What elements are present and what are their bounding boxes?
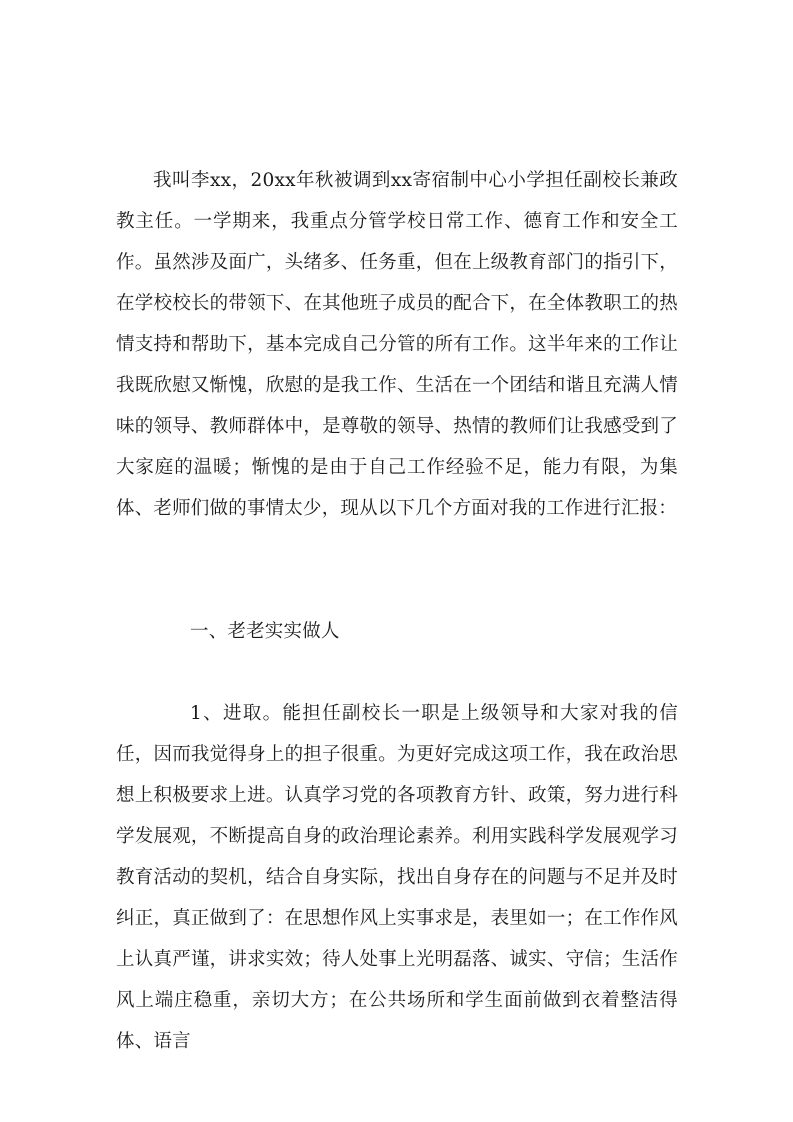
item-paragraph: 1、进取。能担任副校长一职是上级领导和大家对我的信任，因而我觉得身上的担子很重。… — [116, 693, 678, 1062]
paragraph-spacer — [116, 652, 678, 693]
paragraph-spacer — [116, 529, 678, 570]
section-heading: 一、老老实实做人 — [116, 611, 678, 652]
document-page: 我叫李xx，20xx年秋被调到xx寄宿制中心小学担任副校长兼政教主任。一学期来，… — [116, 160, 678, 1062]
intro-paragraph: 我叫李xx，20xx年秋被调到xx寄宿制中心小学担任副校长兼政教主任。一学期来，… — [116, 160, 678, 529]
